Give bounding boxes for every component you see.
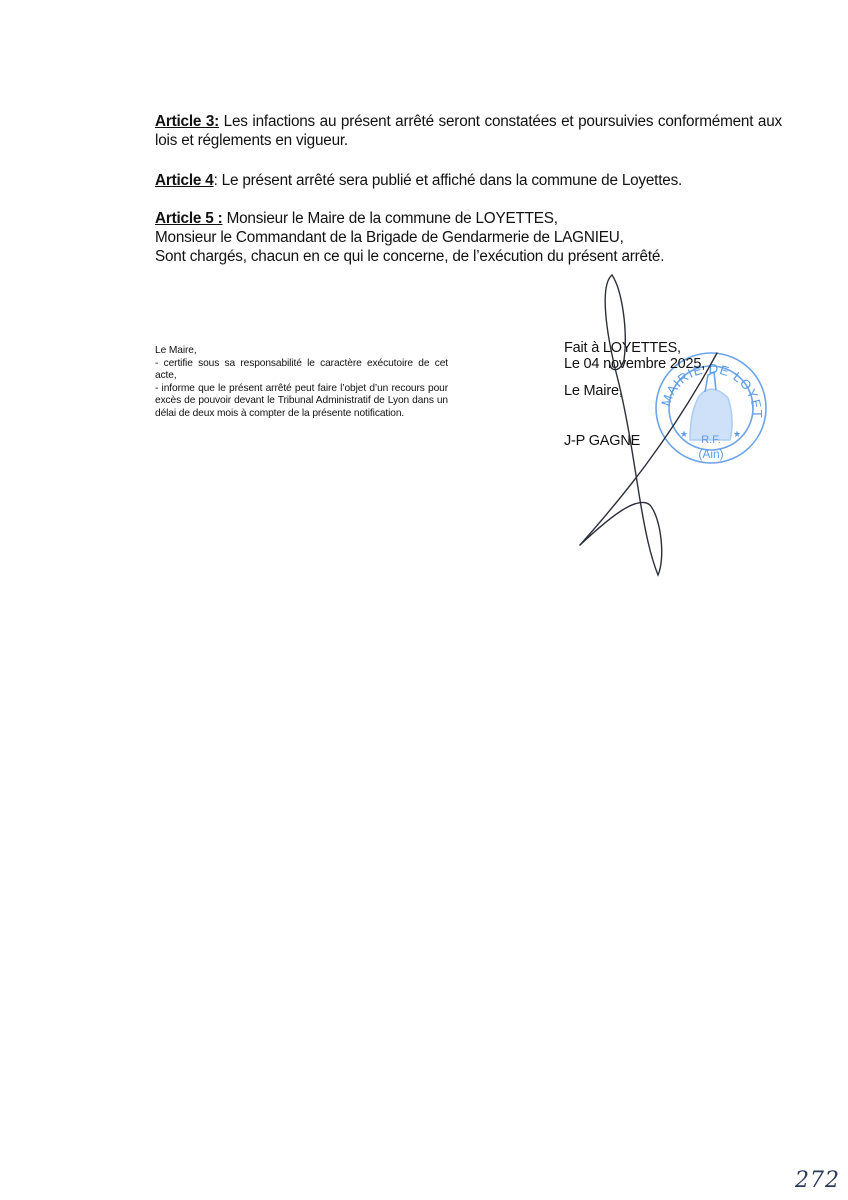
- article-5-line-2: Monsieur le Commandant de la Brigade de …: [155, 228, 782, 247]
- article-4: Article 4: Le présent arrêté sera publié…: [155, 171, 782, 190]
- notice-line-2: - certifie sous sa responsabilité le car…: [155, 358, 448, 383]
- article-5-line-1: Monsieur le Maire de la commune de LOYET…: [223, 210, 558, 227]
- signature-place: Fait à LOYETTES,: [564, 340, 681, 356]
- page-number: 272: [795, 1168, 840, 1193]
- signature-name: J-P GAGNE: [564, 433, 640, 449]
- signature-date: Le 04 novembre 2025,: [564, 356, 705, 372]
- signature-role: Le Maire,: [564, 383, 623, 399]
- star-icon: ★: [680, 429, 688, 439]
- article-3-label: Article 3:: [155, 113, 219, 130]
- article-4-label: Article 4: [155, 172, 214, 189]
- article-5-label: Article 5 :: [155, 210, 223, 227]
- article-4-text: : Le présent arrêté sera publié et affic…: [214, 172, 683, 189]
- legal-notice: Le Maire, - certifie sous sa responsabil…: [155, 345, 448, 421]
- star-icon: ★: [733, 429, 741, 439]
- stamp-center: R.F.: [701, 434, 721, 446]
- stamp-bottom: (Ain): [698, 447, 723, 461]
- article-5-line-3: Sont chargés, chacun en ce qui le concer…: [155, 247, 782, 266]
- notice-line-1: Le Maire,: [155, 345, 448, 358]
- article-3-text: Les infactions au présent arrêté seront …: [155, 113, 782, 149]
- article-5: Article 5 : Monsieur le Maire de la comm…: [155, 209, 782, 266]
- article-3: Article 3: Les infactions au présent arr…: [155, 112, 782, 150]
- notice-line-3: - informe que le présent arrêté peut fai…: [155, 383, 448, 421]
